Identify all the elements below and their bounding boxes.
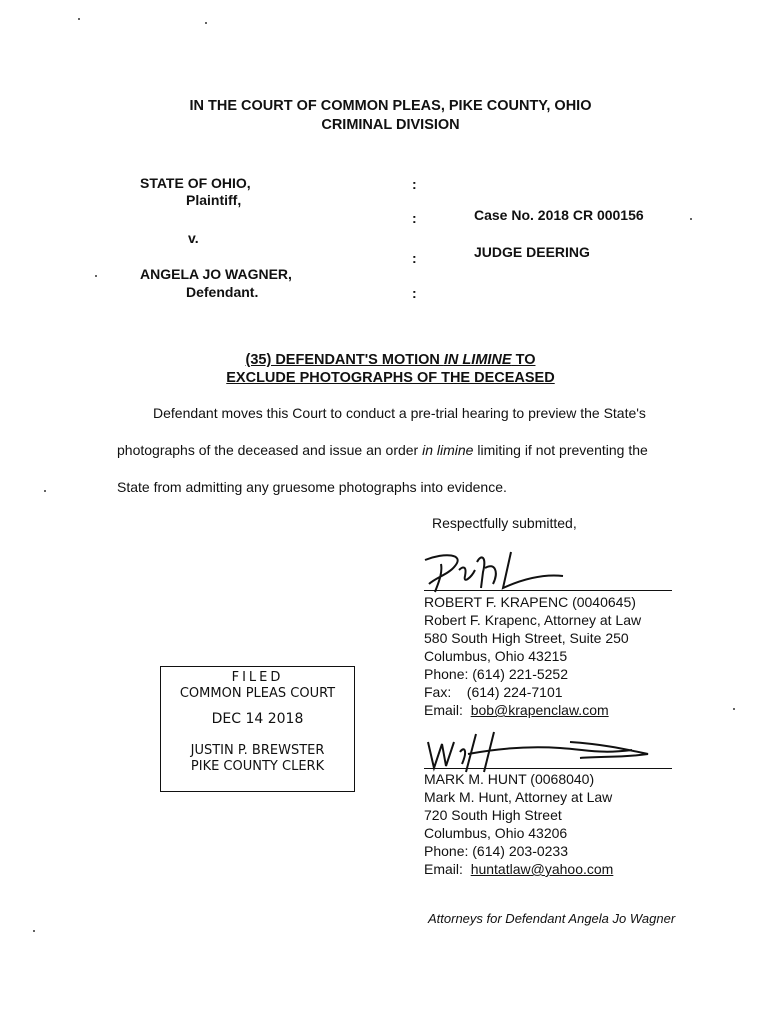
body-line-3: State from admitting any gruesome photog… (117, 479, 507, 495)
defendant-role: Defendant. (186, 284, 258, 300)
signature-krapenc-icon (415, 548, 565, 596)
attorney-block-hunt: MARK M. HUNT (0068040) Mark M. Hunt, Att… (424, 770, 613, 878)
attorney-address-1: 580 South High Street, Suite 250 (424, 629, 641, 647)
attorney-email: Email: huntatlaw@yahoo.com (424, 860, 613, 878)
fax-value: (614) 224-7101 (467, 684, 563, 700)
signature-line (424, 768, 672, 769)
stamp-filed: FILED (161, 670, 354, 686)
scan-speck (205, 22, 207, 24)
email-link[interactable]: bob@krapenclaw.com (471, 702, 609, 718)
division-heading: CRIMINAL DIVISION (0, 117, 781, 133)
stamp-court: COMMON PLEAS COURT (161, 686, 354, 702)
filed-stamp: FILED COMMON PLEAS COURT DEC 14 2018 JUS… (160, 666, 355, 792)
body-line-2-prefix: photographs of the deceased and issue an… (117, 442, 422, 458)
attorney-name-line: ROBERT F. KRAPENC (0040645) (424, 593, 641, 611)
stamp-clerk-name: JUSTIN P. BREWSTER (161, 743, 354, 759)
defendant-name: ANGELA JO WAGNER, (140, 266, 292, 282)
attorney-firm: Robert F. Krapenc, Attorney at Law (424, 611, 641, 629)
body-line-1: Defendant moves this Court to conduct a … (153, 405, 646, 421)
caption-separator: : (412, 210, 417, 226)
scan-speck (95, 275, 97, 277)
judge-name: JUDGE DEERING (474, 244, 590, 260)
attorneys-for-line: Attorneys for Defendant Angela Jo Wagner (428, 911, 675, 926)
case-number: Case No. 2018 CR 000156 (474, 207, 644, 223)
fax-label: Fax: (424, 684, 451, 700)
caption-separator: : (412, 176, 417, 192)
phone-label: Phone: (424, 843, 468, 859)
attorney-fax: Fax: (614) 224-7101 (424, 683, 641, 701)
motion-title-line1: (35) DEFENDANT'S MOTION IN LIMINE TO (0, 352, 781, 368)
body-line-2-italic: in limine (422, 442, 473, 458)
body-line-2-suffix: limiting if not preventing the (473, 442, 647, 458)
closing: Respectfully submitted, (432, 515, 577, 531)
attorney-address-1: 720 South High Street (424, 806, 613, 824)
attorney-address-2: Columbus, Ohio 43215 (424, 647, 641, 665)
motion-title-prefix: (35) DEFENDANT'S MOTION (246, 352, 444, 368)
email-label: Email: (424, 702, 463, 718)
plaintiff-name: STATE OF OHIO, (140, 175, 251, 191)
caption-separator: : (412, 250, 417, 266)
plaintiff-role: Plaintiff, (186, 192, 241, 208)
attorney-address-2: Columbus, Ohio 43206 (424, 824, 613, 842)
scan-speck (33, 930, 35, 932)
email-label: Email: (424, 861, 463, 877)
phone-value: (614) 221-5252 (472, 666, 568, 682)
scan-speck (733, 708, 735, 710)
motion-title-line2: EXCLUDE PHOTOGRAPHS OF THE DECEASED (0, 370, 781, 386)
versus: v. (188, 230, 199, 246)
signature-line (424, 590, 672, 591)
attorney-firm: Mark M. Hunt, Attorney at Law (424, 788, 613, 806)
stamp-date: DEC 14 2018 (161, 711, 354, 727)
caption-separator: : (412, 285, 417, 301)
scan-speck (690, 218, 692, 220)
court-name-heading: IN THE COURT OF COMMON PLEAS, PIKE COUNT… (0, 98, 781, 114)
attorney-block-krapenc: ROBERT F. KRAPENC (0040645) Robert F. Kr… (424, 593, 641, 719)
attorney-name-line: MARK M. HUNT (0068040) (424, 770, 613, 788)
attorney-phone: Phone: (614) 221-5252 (424, 665, 641, 683)
email-link[interactable]: huntatlaw@yahoo.com (471, 861, 614, 877)
motion-title-italic: IN LIMINE (444, 352, 512, 368)
stamp-clerk-title: PIKE COUNTY CLERK (161, 759, 354, 775)
attorney-phone: Phone: (614) 203-0233 (424, 842, 613, 860)
motion-title-suffix: TO (512, 352, 536, 368)
attorney-email: Email: bob@krapenclaw.com (424, 701, 641, 719)
scan-speck (78, 18, 80, 20)
body-line-2: photographs of the deceased and issue an… (117, 442, 648, 458)
scan-speck (44, 490, 46, 492)
phone-value: (614) 203-0233 (472, 843, 568, 859)
phone-label: Phone: (424, 666, 468, 682)
